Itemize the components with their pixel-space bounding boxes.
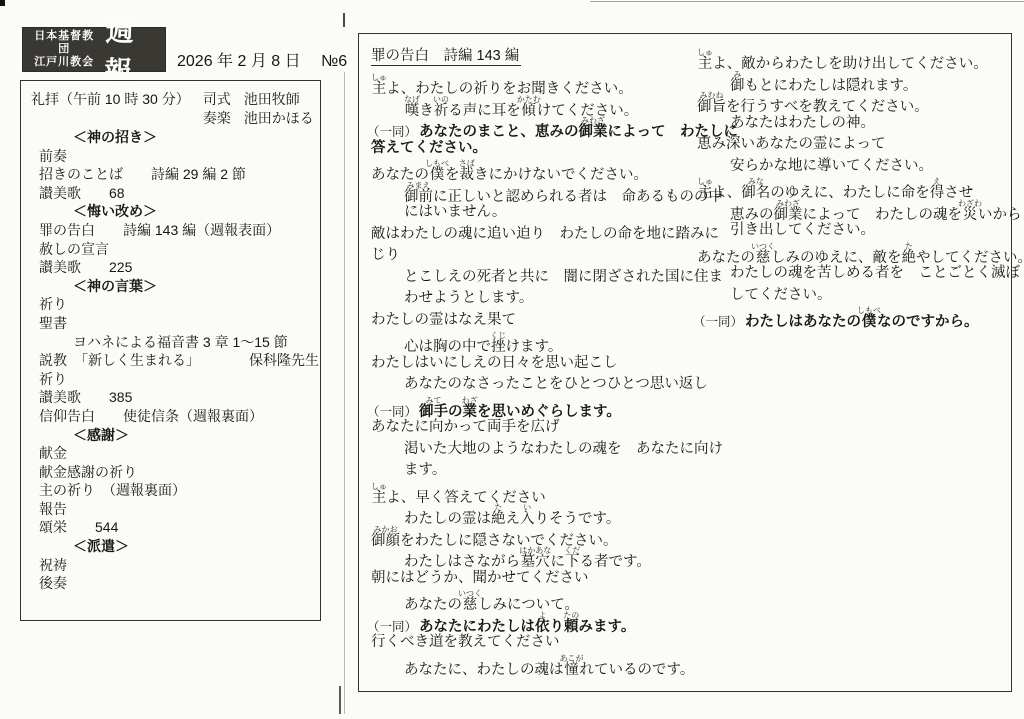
confession-lines-1: 主しゅよ、わたしの祈りをお聞きください。嘆なげき祈いのる声に耳を傾かたむけてくだ…	[371, 73, 693, 675]
confession-title: 罪の告白 詩編 143 編	[371, 44, 521, 66]
confession-line: 主しゅよ、わたしの祈りをお聞きください。	[371, 73, 693, 95]
confession-line: してください。	[697, 285, 1007, 307]
service-item: 主の祈り （週報裏面）	[31, 481, 312, 500]
service-item: ヨハネによる福音書 3 章 1～15 節	[31, 333, 312, 352]
worship-order-box: 礼拝（午前 10 時 30 分） 司式池田牧師 奏楽池田かほる ＜神の招き＞前奏…	[20, 80, 321, 621]
page-fold-line	[344, 72, 345, 714]
confession-line: あなたの慈いつくしみのゆえに、敵を絶たやしてください。	[697, 242, 1007, 264]
service-item: 信仰告白 使徒信条（週報裏面）	[31, 407, 312, 426]
confession-line: じり	[371, 245, 693, 267]
service-item: 讃美歌 385	[31, 388, 312, 407]
service-item: 後奏	[31, 574, 312, 593]
confession-line: あなたの慈いつくしみについて。	[371, 589, 693, 611]
scanned-bulletin-page: 日本基督教団 江戸川教会 週報 2026 年 2 月 8 日 №6 礼拝（午前 …	[0, 0, 1024, 719]
confession-line: あなたはわたしの神。	[697, 113, 1007, 135]
service-item: 招きのことば 詩編 29 編 2 節	[31, 165, 312, 184]
confession-line: 心は胸の中で挫くじけます。	[371, 331, 693, 353]
service-item: 聖書	[31, 314, 312, 333]
service-roles: 司式池田牧師 奏楽池田かほる	[203, 90, 314, 128]
confession-line: 行くべき道を教えてください	[371, 632, 693, 654]
service-item: 赦しの宣言	[31, 240, 312, 259]
service-section-heading: ＜感謝＞	[31, 426, 312, 445]
confession-line: にはいません。	[371, 202, 693, 224]
confession-line: 安らかな地に導いてください。	[697, 156, 1007, 178]
service-item-list: ＜神の招き＞前奏招きのことば 詩編 29 編 2 節讃美歌 68＜悔い改め＞罪の…	[31, 128, 312, 593]
bulletin-title: 週報	[104, 10, 167, 90]
confession-line: わせようとします。	[371, 288, 693, 310]
role-name: 池田牧師	[244, 91, 300, 107]
ruby-annotated-word: 憧あこが	[564, 662, 580, 678]
confession-line: わたしの霊はなえ果て	[371, 310, 693, 332]
confession-line: あなたに、わたしの魂は憧あこがれているのです。	[371, 654, 693, 676]
confession-line: わたしの魂を苦しめる者を ことごとく滅ぼ	[697, 263, 1007, 285]
confession-line: 主しゅよ、御名みなのゆえに、わたしに命を得えさせ	[697, 177, 1007, 199]
service-item: 頌栄 544	[31, 518, 312, 537]
service-section-heading: ＜神の招き＞	[31, 128, 312, 147]
role-organist: 奏楽池田かほる	[203, 109, 314, 128]
confession-line: わたしはいにしえの日々を思い起こし	[371, 353, 693, 375]
confession-line: わたしの霊は絶たえ入いりそうです。	[371, 503, 693, 525]
confession-line: 御前みまえに正しいと認められる者は 命あるものの中	[371, 181, 693, 203]
church-name: 日本基督教団 江戸川教会	[22, 30, 99, 69]
service-section-heading: ＜悔い改め＞	[31, 202, 312, 221]
ruby-annotated-word: 僕しもべ	[861, 314, 877, 330]
confession-line: 敵はわたしの魂に追い迫り わたしの命を地に踏みに	[371, 224, 693, 246]
confession-line: 恵み深いあなたの霊によって	[697, 134, 1007, 156]
service-item: 説教 「新しく生まれる」 保科隆先生	[31, 351, 312, 370]
confession-line: 引き出してください。	[697, 220, 1007, 242]
scan-artifact-bottom-tick	[339, 686, 341, 714]
service-section-heading: ＜神の言葉＞	[31, 277, 312, 296]
service-item: 祝祷	[31, 556, 312, 575]
confession-line: 御みもとにわたしは隠れます。	[697, 70, 1007, 92]
service-item: 前奏	[31, 147, 312, 166]
confession-line: 恵みの御業みわざによって わたしの魂を災わざわいから	[697, 199, 1007, 221]
service-item: 献金	[31, 444, 312, 463]
service-item: 報告	[31, 500, 312, 519]
confession-line: わたしはさながら墓穴はかあなに下くだる者です。	[371, 546, 693, 568]
confession-line: とこしえの死者と共に 闇に閉ざされた国に住ま	[371, 267, 693, 289]
service-item: 罪の告白 詩編 143 編（週報表面）	[31, 221, 312, 240]
service-item: 讃美歌 68	[31, 184, 312, 203]
service-item: 献金感謝の祈り	[31, 463, 312, 482]
confession-line: あなたの僕しもべを裁さばきにかけないでください。	[371, 159, 693, 181]
scan-artifact-tick	[343, 13, 345, 27]
confession-line: 渇いた大地のようなわたしの魂を あなたに向け	[371, 439, 693, 461]
confession-line: ます。	[371, 460, 693, 482]
role-officiant: 司式池田牧師	[203, 90, 314, 109]
scan-artifact-corner	[0, 0, 5, 6]
service-header: 礼拝（午前 10 時 30 分） 司式池田牧師 奏楽池田かほる	[31, 90, 312, 128]
scan-artifact-top-edge	[590, 1, 1024, 2]
service-item: 讃美歌 225	[31, 258, 312, 277]
confession-line: 嘆なげき祈いのる声に耳を傾かたむけてください。	[371, 95, 693, 117]
confession-line: 主しゅよ、敵からわたしを助け出してください。	[697, 48, 1007, 70]
confession-line: 主しゅよ、早く答えてください	[371, 482, 693, 504]
bulletin-logo-block: 日本基督教団 江戸川教会 週報	[22, 27, 166, 72]
confession-line: 御顔みかおをわたしに隠さないでください。	[371, 525, 693, 547]
confession-unison-line: （一同）わたしはあなたの僕しもべなのですから。	[697, 306, 1007, 328]
issue-number: №6	[321, 53, 347, 70]
service-title: 礼拝（午前 10 時 30 分）	[31, 90, 190, 128]
church-name-line1: 日本基督教団	[29, 30, 99, 56]
confession-line: あなたのなさったことをひとつひとつ思い返し	[371, 374, 693, 396]
church-name-line2: 江戸川教会	[29, 56, 99, 69]
confession-column-2: 主しゅよ、敵からわたしを助け出してください。御みもとにわたしは隠れます。御旨みむ…	[697, 48, 1007, 328]
issue-date: 2026 年 2 月 8 日	[177, 53, 301, 70]
service-item: 祈り	[31, 370, 312, 389]
confession-unison-line: （一同）御手みての業わざを思いめぐらします。	[371, 396, 693, 418]
confession-column-1: 罪の告白 詩編 143 編 主しゅよ、わたしの祈りをお聞きください。嘆なげき祈い…	[371, 44, 693, 675]
role-name: 池田かほる	[244, 110, 314, 126]
confession-unison-line: （一同）あなたのまこと、恵みの御業みわざによって わたしに	[371, 116, 693, 138]
unison-marker: （一同）	[693, 315, 743, 329]
confession-line: あなたに向かって両手を広げ	[371, 417, 693, 439]
confession-line: 御旨みむねを行うすべを教えてください。	[697, 91, 1007, 113]
confession-line: 朝にはどうか、聞かせてください	[371, 568, 693, 590]
role-label: 司式	[203, 91, 231, 107]
role-label: 奏楽	[203, 110, 231, 126]
confession-unison-line: 答えてください。	[371, 138, 693, 160]
issue-dateline: 2026 年 2 月 8 日 №6	[177, 48, 347, 71]
service-item: 祈り	[31, 295, 312, 314]
confession-unison-line: （一同）あなたにわたしは依より頼たのみます。	[371, 611, 693, 633]
confession-box: 罪の告白 詩編 143 編 主しゅよ、わたしの祈りをお聞きください。嘆なげき祈い…	[358, 33, 1012, 692]
confession-lines-2: 主しゅよ、敵からわたしを助け出してください。御みもとにわたしは隠れます。御旨みむ…	[697, 48, 1007, 328]
service-section-heading: ＜派遣＞	[31, 537, 312, 556]
